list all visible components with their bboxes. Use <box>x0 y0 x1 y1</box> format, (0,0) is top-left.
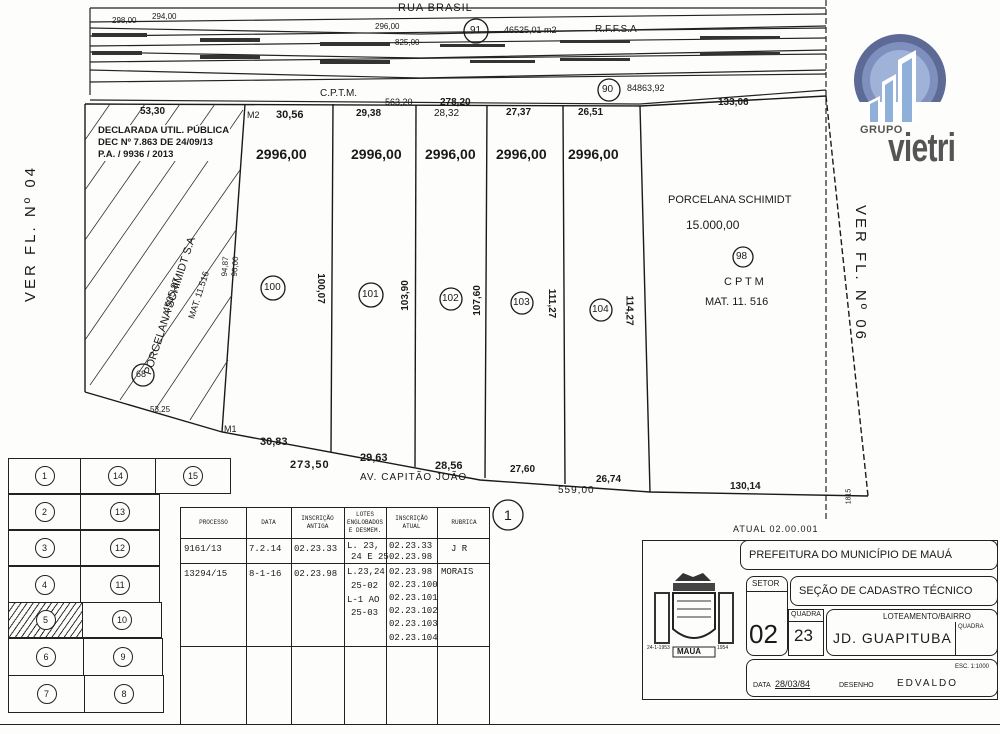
col-header: RUBRICA <box>437 508 491 538</box>
loteamento-value: JD. GUAPITUBA <box>833 630 952 646</box>
col-header: INSCRIÇÃO ATUAL <box>386 508 437 538</box>
lot-104-area: 2996,00 <box>568 146 619 162</box>
quadra-cell[interactable]: 3 <box>8 530 81 566</box>
divider <box>181 538 489 539</box>
sheet-number: 1 <box>504 507 512 523</box>
big-lot-mat: MAT. 11. 516 <box>705 296 768 308</box>
dim-label: 559,00 <box>558 485 595 496</box>
quadra-cell[interactable]: 10 <box>82 602 162 638</box>
quadra-cell[interactable]: 6 <box>8 638 84 676</box>
quadra-cell[interactable]: 11 <box>80 566 160 603</box>
records-table: .rt-col { position:absolute; top:0; bott… <box>180 507 490 725</box>
dim-label: 563,20 <box>385 97 413 107</box>
lot-101-rear: 29,63 <box>360 452 388 464</box>
dim-label: 278,20 <box>440 97 471 108</box>
big-lot-rear: 130,14 <box>730 481 761 492</box>
quadra-box: QUADRA 23 <box>788 609 824 656</box>
col-header: INSCRIÇÃO ANTIGA <box>291 508 344 538</box>
quadra-cell[interactable]: 9 <box>83 638 163 676</box>
lot-91-area: 46525,01 m2 <box>504 25 557 35</box>
col-header: PROCESSO <box>181 508 246 538</box>
quadra-cell[interactable]: 7 <box>8 675 85 713</box>
divider <box>181 563 489 564</box>
lot-102-front: 28,32 <box>434 108 459 119</box>
side-ref-right[interactable]: VER FL. Nº 06 <box>852 205 869 342</box>
lot-100-rear: 30,83 <box>260 436 288 448</box>
setor-box: SETOR 02 <box>746 576 788 656</box>
dim-label: 53,30 <box>140 106 165 117</box>
lot-103-rear: 27,60 <box>510 464 535 475</box>
lot-101-depth: 103,90 <box>400 280 411 311</box>
quadra-cell[interactable]: 15 <box>155 458 231 494</box>
code-vertical: 1815 <box>845 489 852 505</box>
title-block: .tb-box { position:absolute; border:1px … <box>642 540 998 700</box>
declared-mat: MAT. 11.516 <box>186 270 211 320</box>
lot-id-91: 91 <box>470 25 481 36</box>
side-ref-left[interactable]: VER FL. Nº 04 <box>22 165 39 302</box>
quadra-cell[interactable]: 8 <box>84 675 164 713</box>
divider <box>386 508 387 724</box>
grupo-vietri-logo: GRUPO vietri <box>850 30 960 180</box>
lot-104-depth: 114,27 <box>624 295 635 325</box>
lot-id-101[interactable]: 101 <box>362 289 379 300</box>
marker-m1: M1 <box>224 424 237 434</box>
loteamento-box: LOTEAMENTO/BAIRRO JD. GUAPITUBA QUADRA <box>826 609 998 656</box>
street-av-capitao-joao: AV. CAPITÃO JOÃO <box>360 472 467 483</box>
lot-103-depth: 111,27 <box>546 289 557 318</box>
lot-100-front: 30,56 <box>276 109 304 121</box>
lot-101-area: 2996,00 <box>351 146 402 162</box>
lot-id-98[interactable]: 98 <box>736 251 747 262</box>
declared-utility-note: DECLARADA UTIL. PÚBLICA DEC Nº 7.863 DE … <box>97 125 230 161</box>
divider <box>291 508 292 724</box>
date-drawing-box: ESC. 1:1000 DATA 28/03/84 DESENHO EDVALD… <box>746 659 998 697</box>
big-lot-area: 15.000,00 <box>686 218 739 232</box>
sheet-bottom-border <box>0 724 1000 725</box>
col-header: DATA <box>246 508 291 538</box>
prefeitura-box: PREFEITURA DO MUNICÍPIO DE MAUÁ <box>740 540 998 570</box>
dim-label: 53,25 <box>150 405 170 414</box>
big-lot-owner: PORCELANA SCHIMIDT <box>668 194 791 206</box>
lot-90-area: 84863,92 <box>627 83 665 93</box>
divider <box>246 508 247 724</box>
dim-label: 94,87 <box>220 256 230 277</box>
lot-id-68[interactable]: 68 <box>136 369 146 379</box>
drafter-name: EDVALDO <box>897 678 958 689</box>
quadra-cell[interactable]: 1 <box>8 458 81 494</box>
dim-label: 273,50 <box>290 459 330 471</box>
building-logo-icon <box>850 30 960 130</box>
lot-id-104[interactable]: 104 <box>592 304 609 315</box>
lot-103-front: 27,37 <box>506 107 531 118</box>
quadra-cell-highlighted[interactable]: 5 <box>8 602 83 638</box>
dim-label: 294,00 <box>152 12 176 21</box>
lot-91-owner: R.F.F.S.A <box>595 24 637 35</box>
col-header: LOTES ENGLOBADOS E DESMEM. <box>344 508 386 538</box>
lot-id-102[interactable]: 102 <box>442 293 459 304</box>
lot-100-depth: 100,07 <box>315 273 326 304</box>
quadra-cell[interactable]: 2 <box>8 494 81 530</box>
lot-id-100[interactable]: 100 <box>264 282 281 293</box>
divider <box>344 508 345 724</box>
street-rua-brasil: RUA BRASIL <box>398 2 473 14</box>
lot-104-front: 26,51 <box>578 107 603 118</box>
lot-100-area: 2996,00 <box>256 146 307 162</box>
lot-id-103[interactable]: 103 <box>513 297 530 308</box>
cptm-label: C.P.T.M. <box>320 88 357 99</box>
dim-label: 96,00 <box>230 256 240 277</box>
quadra-value: 23 <box>794 626 813 646</box>
lot-id-90: 90 <box>602 84 613 95</box>
marker-m2: M2 <box>247 110 260 120</box>
dim-label: 825,00 <box>395 38 419 47</box>
quadra-cell[interactable]: 12 <box>80 530 160 566</box>
municipal-crest-icon: MAUÁ 24-1-1953 1954 <box>653 569 735 661</box>
divider <box>181 646 489 647</box>
lot-101-front: 29,38 <box>356 108 381 119</box>
drawing-date: 28/03/84 <box>775 679 810 689</box>
lot-103-area: 2996,00 <box>496 146 547 162</box>
lot-102-rear: 28,56 <box>435 460 463 472</box>
quadra-cell[interactable]: 4 <box>8 566 81 603</box>
dim-label: 298,00 <box>112 16 136 25</box>
big-lot-entity: C P T M <box>724 276 764 288</box>
atual-code: ATUAL 02.00.001 <box>733 524 819 534</box>
lot-102-depth: 107,60 <box>472 285 483 316</box>
lot-102-area: 2996,00 <box>425 146 476 162</box>
dim-label: 296,00 <box>375 22 399 31</box>
quadra-cell[interactable]: 14 <box>80 458 156 494</box>
setor-value: 02 <box>749 619 778 650</box>
lot-104-rear: 26,74 <box>596 474 621 485</box>
quadra-cell[interactable]: 13 <box>80 494 160 530</box>
dim-label: 133,06 <box>718 97 749 108</box>
secao-box: SEÇÃO DE CADASTRO TÉCNICO <box>790 576 998 606</box>
